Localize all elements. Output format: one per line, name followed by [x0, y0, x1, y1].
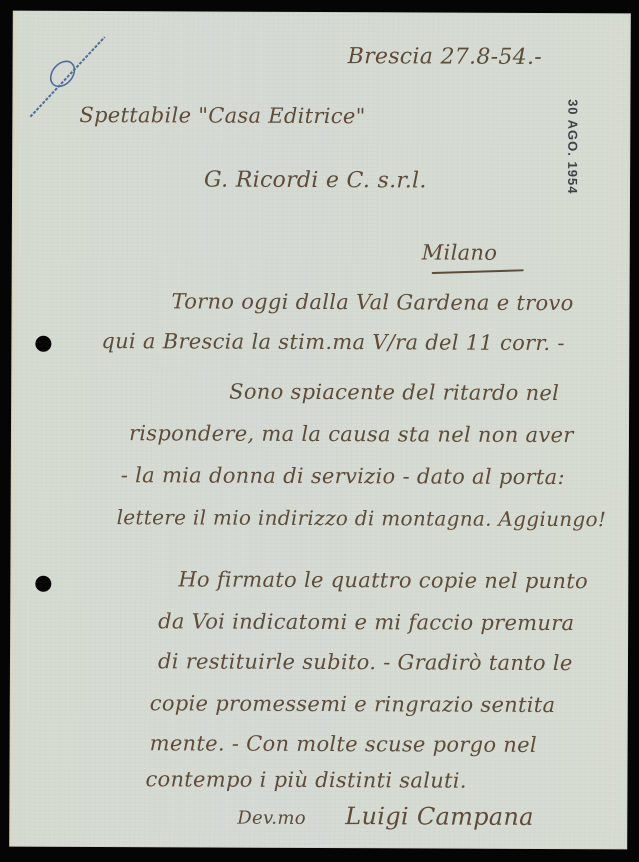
body-line-3: Sono spiacente del ritardo nel [229, 380, 559, 405]
body-line-1: Torno oggi dalla Val Gardena e trovo [172, 289, 574, 315]
body-line-7: Ho firmato le quattro copie nel punto [178, 567, 588, 593]
body-line-5: - la mia donna di servizio - dato al por… [121, 463, 565, 489]
body-line-2: qui a Brescia la stim.ma V/ra del 11 cor… [101, 329, 565, 355]
punch-hole-bottom [35, 576, 51, 592]
addressee-city: Milano [422, 240, 498, 264]
body-line-12: contempo i più distinti saluti. [145, 767, 466, 792]
body-line-6: lettere il mio indirizzo di montagna. Ag… [117, 505, 607, 531]
body-line-10: copie promessemi e ringrazio sentita [150, 691, 556, 717]
addressee-line-1: Spettabile "Casa Editrice" [79, 103, 365, 128]
closing: Dev.mo [237, 808, 306, 829]
body-line-11: mente. - Con molte scuse porgo nel [150, 731, 537, 757]
addressee-line-2: G. Ricordi e C. s.r.l. [204, 167, 427, 193]
body-line-8: da Voi indicatomi e mi faccio premura [158, 609, 574, 635]
body-line-4: rispondere, ma la causa sta nel non aver [129, 421, 574, 447]
letter-paper: Brescia 27.8-54.- 30 AGO. 1954 Spettabil… [9, 11, 631, 850]
city-underline [432, 269, 524, 274]
body-line-9: di restituirle subito. - Gradirò tanto l… [158, 649, 573, 675]
punch-hole-top [35, 336, 51, 352]
signature: Luigi Campana [345, 802, 534, 831]
receipt-stamp: 30 AGO. 1954 [565, 99, 580, 194]
place-date: Brescia 27.8-54.- [348, 44, 543, 70]
